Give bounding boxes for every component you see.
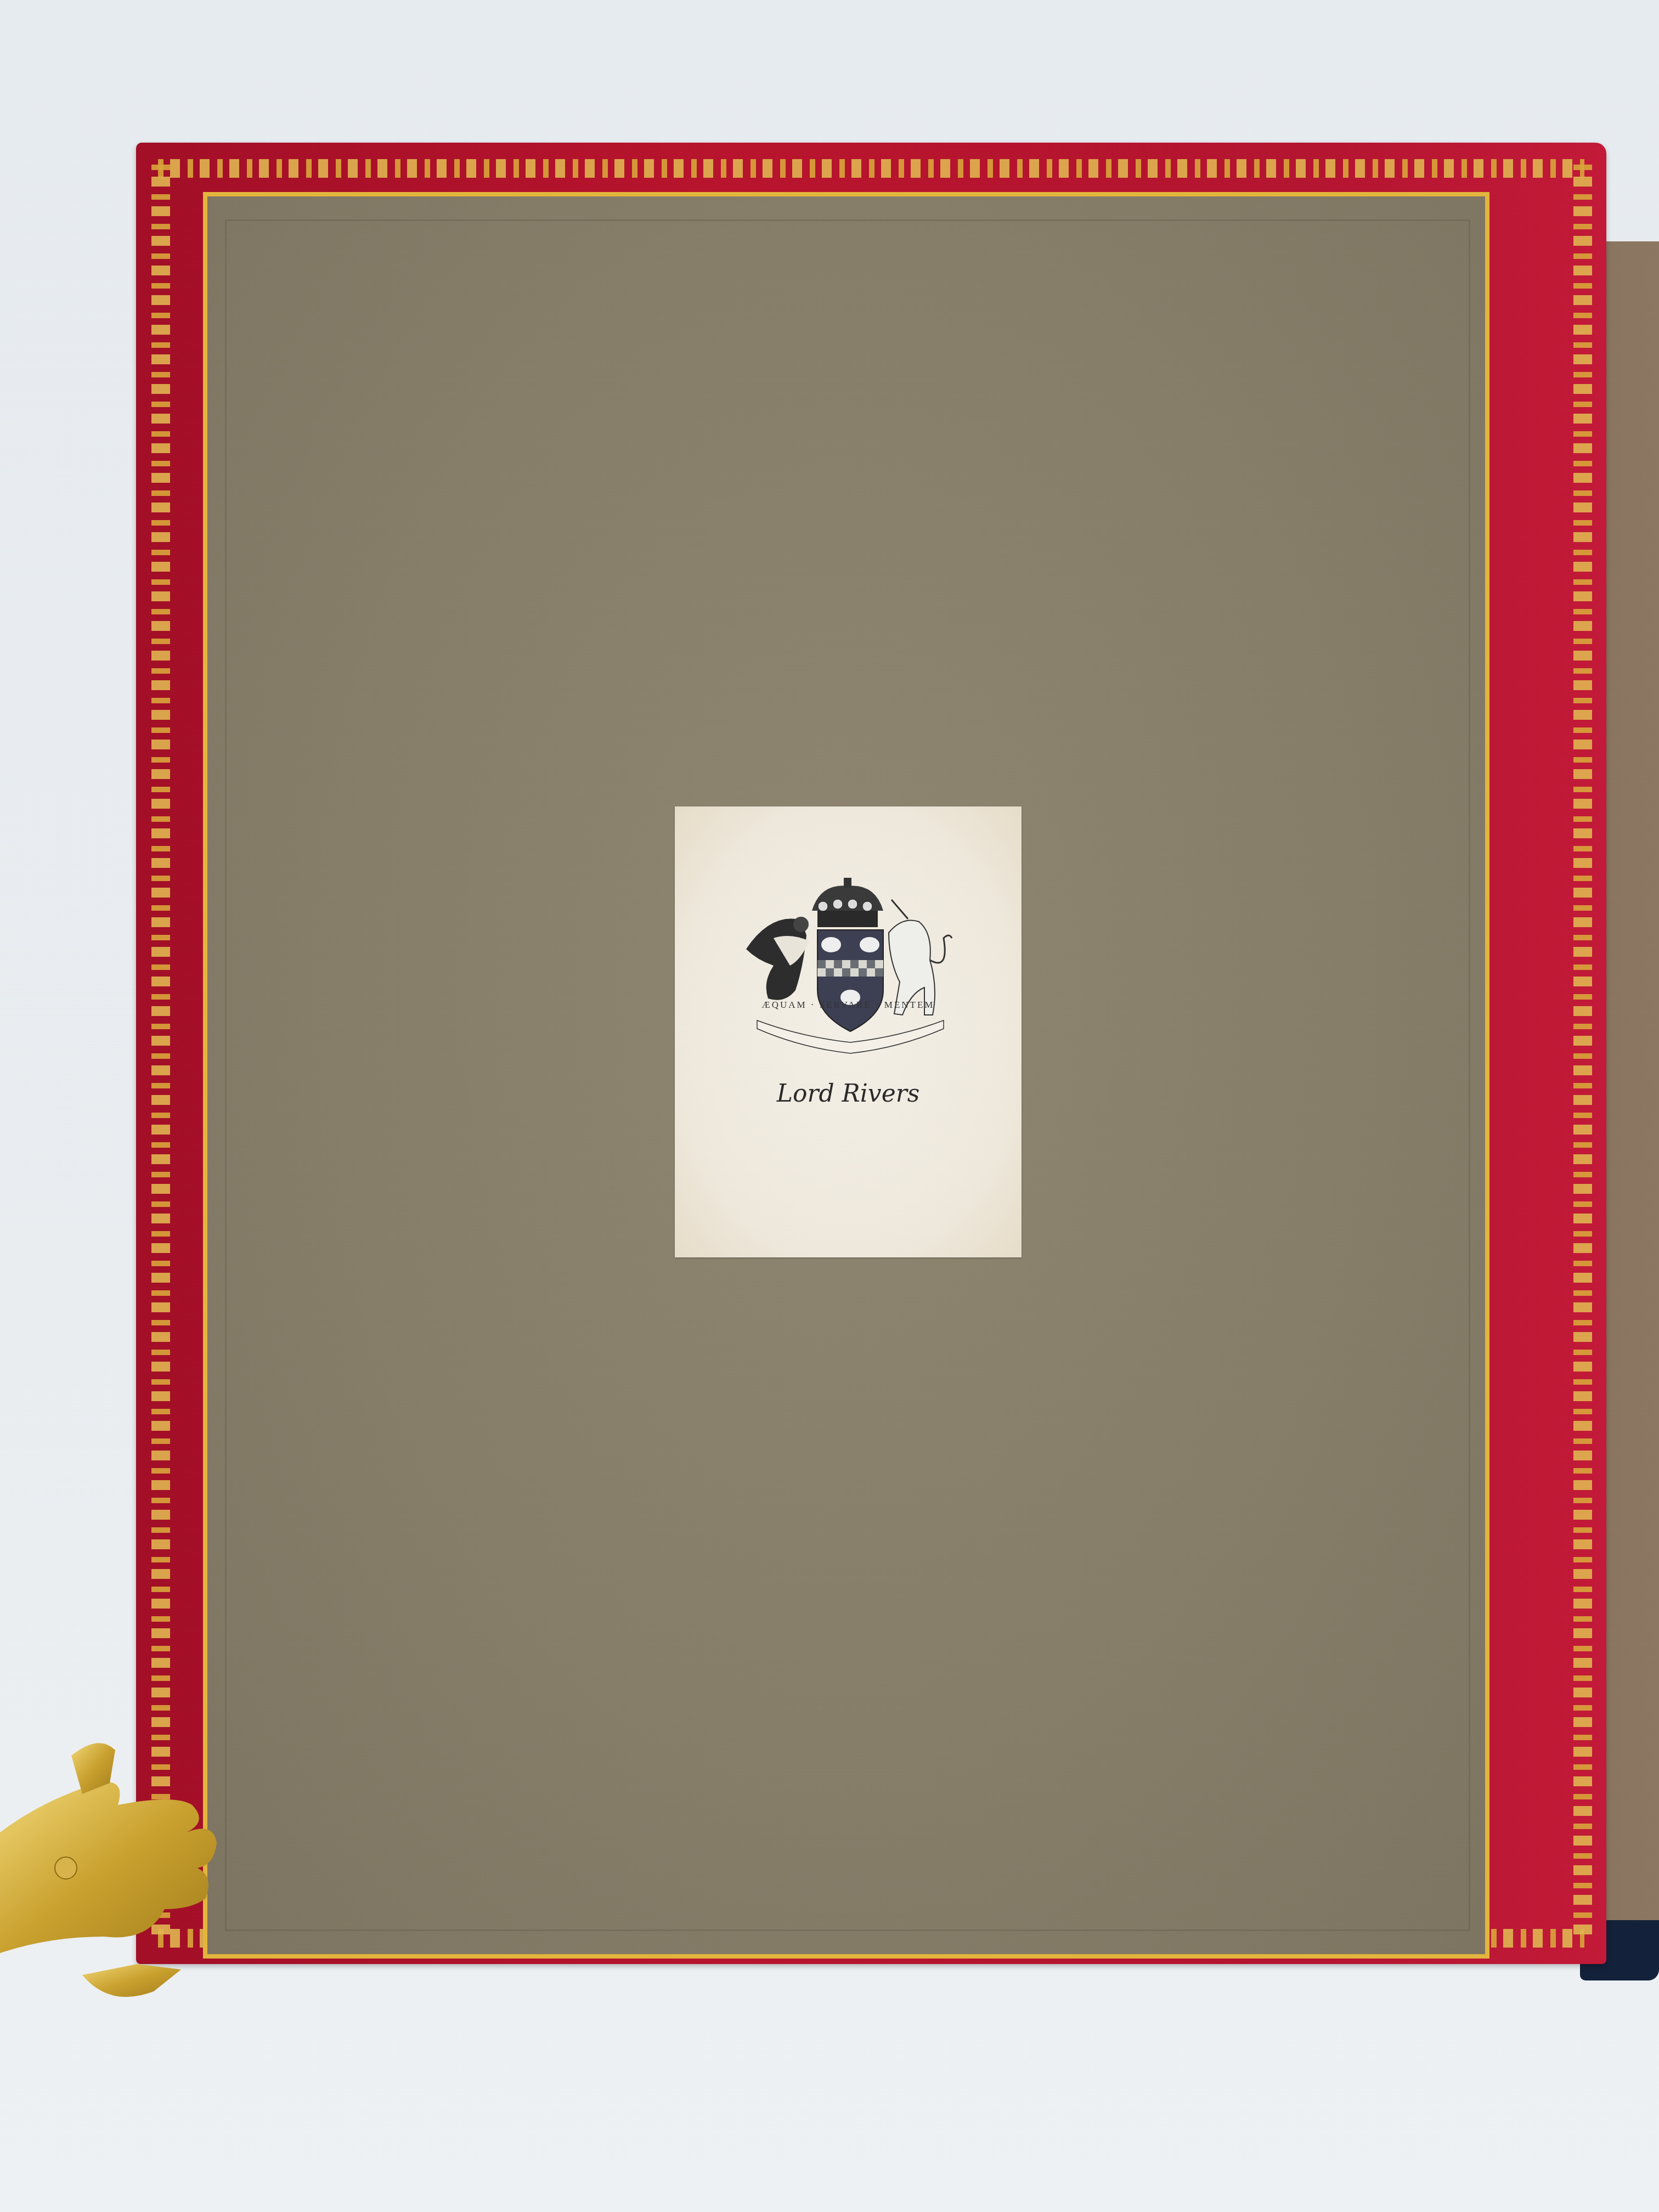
bookplate-motto: ÆQUAM · SERVARE · MENTEM	[675, 1000, 1022, 1011]
bookplate-name: Lord Rivers	[675, 1080, 1022, 1108]
gilt-border-top	[158, 159, 1584, 178]
gilt-border-right	[1573, 165, 1592, 1942]
coat-of-arms-icon	[708, 872, 989, 1059]
coronet-icon	[812, 878, 883, 927]
falcon-supporter-icon	[746, 917, 809, 1000]
unicorn-supporter-icon	[889, 900, 952, 1015]
bookplate: ÆQUAM · SERVARE · MENTEM Lord Rivers	[675, 806, 1022, 1257]
brass-hand-holder-icon	[0, 1734, 329, 2041]
gilt-border-left	[151, 165, 170, 1942]
shield-icon	[817, 930, 883, 1031]
